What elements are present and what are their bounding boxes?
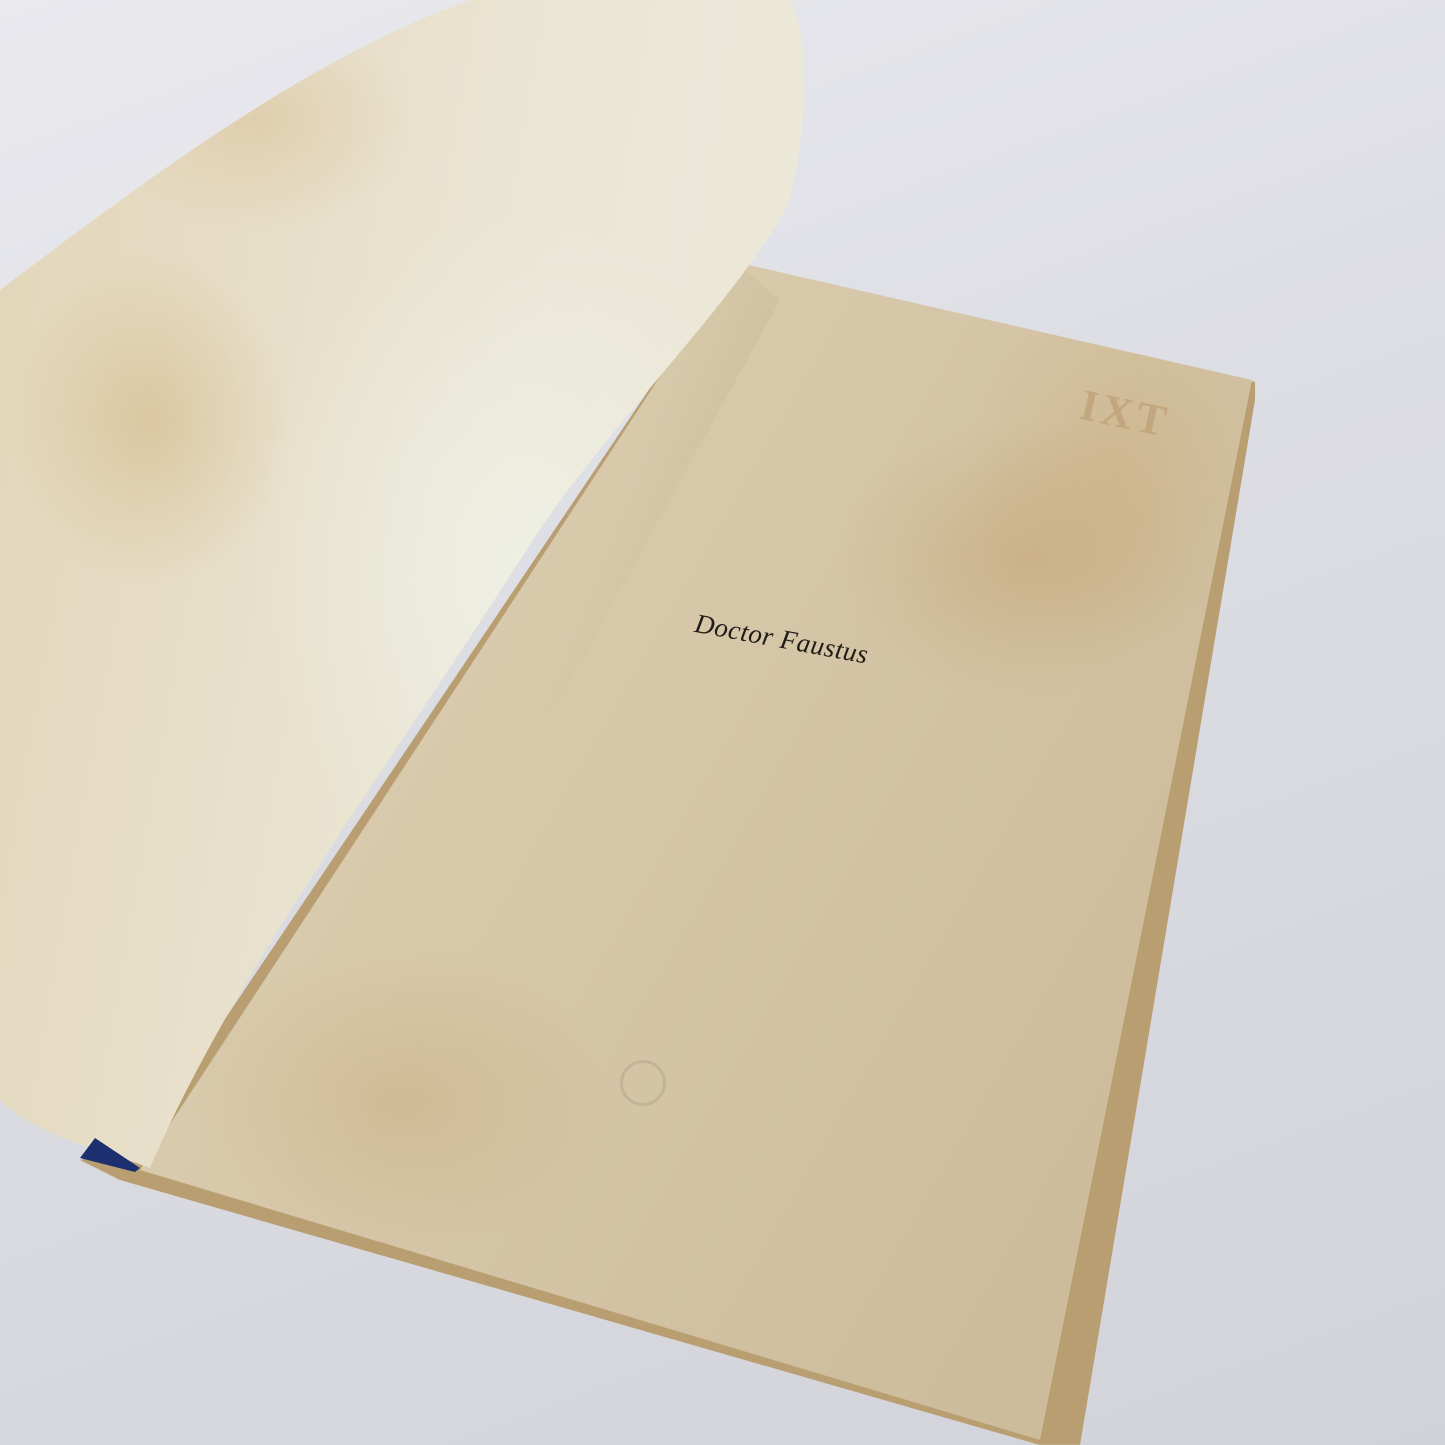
book: IXT Doctor Faustus [0, 0, 1445, 1445]
publisher-logo-showthrough [620, 1060, 666, 1106]
photo-scene: IXT Doctor Faustus [0, 0, 1445, 1445]
